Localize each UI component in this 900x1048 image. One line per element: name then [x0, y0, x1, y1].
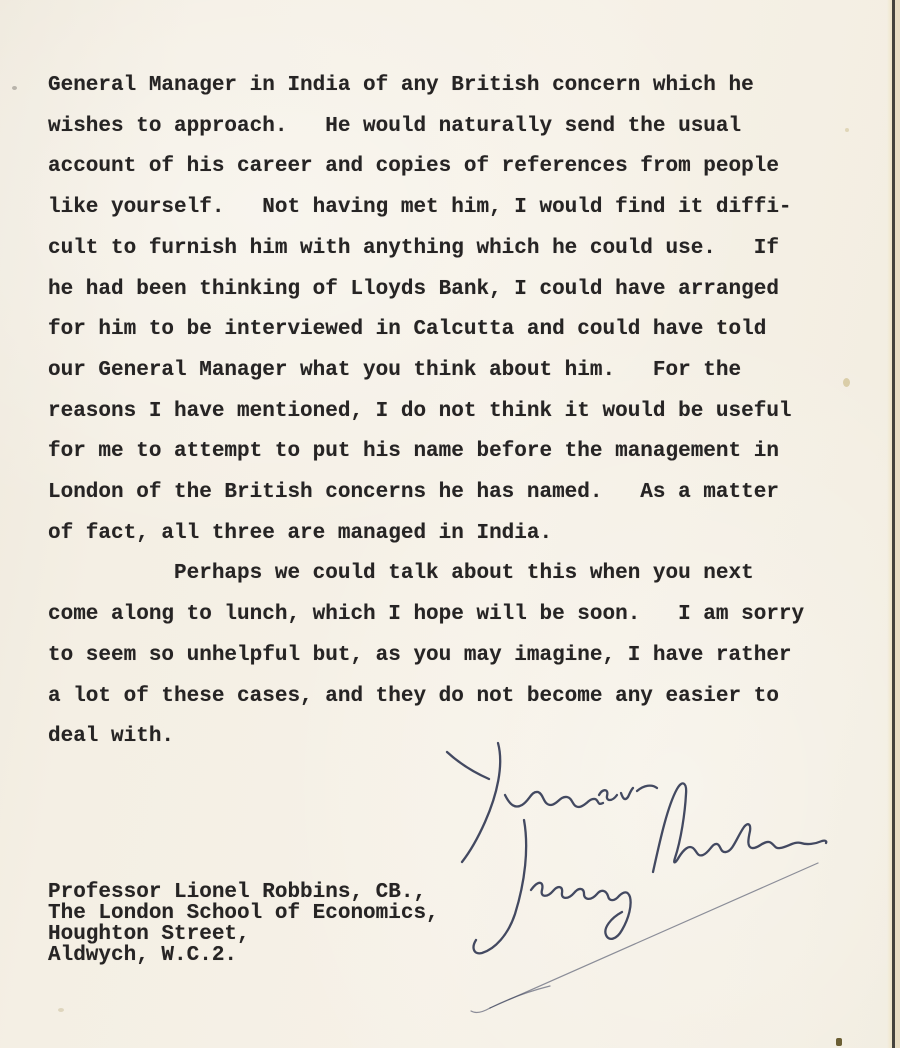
signature-stroke — [637, 786, 657, 791]
signature-flourish — [490, 863, 818, 1008]
signature-stroke — [653, 783, 826, 872]
letter-body-text: General Manager in India of any British … — [48, 66, 804, 758]
signature-stroke — [462, 743, 500, 862]
signature-flourish — [471, 1008, 490, 1012]
signature-stroke — [505, 792, 603, 807]
paper-speck — [58, 1008, 64, 1012]
signature-flourish — [490, 986, 550, 1008]
scan-edge-line — [892, 0, 895, 1048]
paper-speck — [845, 128, 849, 132]
recipient-address: Professor Lionel Robbins, CB., The Londo… — [48, 882, 439, 966]
paper-speck — [12, 86, 17, 90]
scan-edge-band — [894, 0, 900, 1048]
signature-stroke — [621, 788, 633, 799]
paper-speck — [836, 1038, 842, 1046]
signature-stroke — [599, 790, 617, 800]
paper-speck — [843, 378, 850, 387]
signature-stroke — [474, 820, 527, 953]
letter-page: General Manager in India of any British … — [0, 0, 900, 1048]
signature-stroke — [531, 883, 631, 939]
